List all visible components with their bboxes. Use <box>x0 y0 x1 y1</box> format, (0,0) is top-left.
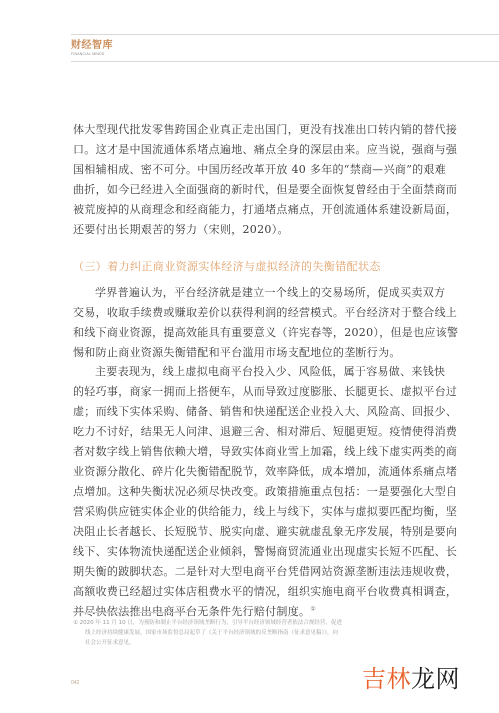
text-line: 期失衡的跛脚状态。二是针对大型电商平台凭借网站资源垄断违法违规收费， <box>73 562 425 582</box>
text-line: 线下、实体物流快递配送企业倾斜，警惕商贸流通业出现虚实长短不匹配、长 <box>73 542 425 562</box>
paragraph-1: 体大型现代批发零售跨国企业真正走出国门，更没有找准出口转内销的替代接 口。这才是… <box>73 120 425 240</box>
text-line: 惕和防止商业资源失衡错配和平台滥用市场支配地位的垄断行为。 <box>73 343 425 363</box>
text-line: 还要付出长期艰苦的努力（宋则，2020）。 <box>73 220 425 240</box>
text-line: 营采购供应链实体企业的供给能力，线上与线下，实体与虚拟要匹配均衡，坚 <box>73 502 425 522</box>
text-line: 曲折，如今已经进入全面强商的新时代，但是要全面恢复曾经由于全面禁商而 <box>73 180 425 200</box>
brand-subtitle: FINANCIAL MINDS <box>71 52 113 57</box>
footnote-line: 社会公开征求意见。 <box>73 638 433 648</box>
footnote: ① 2020 年 11 月 10 日，为预防和制止平台经济领域垄断行为，引导平台… <box>73 618 433 648</box>
text-line: 的轻巧事，商家一拥而上搭便车，从而导致过度膨胀、长腿更长、虚拟平台过 <box>73 382 425 402</box>
text-line: 主要表现为，线上虚拟电商平台投入少、风险低，属于容易做、来钱快 <box>73 362 425 382</box>
footnote-line: ① 2020 年 11 月 10 日，为预防和制止平台经济领域垄断行为，引导平台… <box>73 618 433 628</box>
text-line: 业资源分散化、碎片化失衡错配脱节，效率降低，成本增加，流通体系痛点堵 <box>73 462 425 482</box>
text-line: 高额收费已经超过实体店租费水平的情况，组织实施电商平台收费真相调查， <box>73 582 425 602</box>
text-line: 国相辅相成、密不可分。中国历经改革开放 40 多年的“禁商—兴商”的艰难 <box>73 160 425 180</box>
header-rule-bottom <box>71 61 499 62</box>
watermark-part-2: 龙网 <box>411 665 460 693</box>
brand-title: 财经智库 <box>71 40 113 51</box>
paragraph-2: 学界普遍认为，平台经济就是建立一个线上的交易场所，促成买卖双方 交易，收取手续费… <box>73 283 425 363</box>
header-rule-top <box>71 34 499 35</box>
text-line: 者对数字线上销售依赖大增，导致实体商业雪上加霜，线上线下虚实两类的商 <box>73 442 425 462</box>
watermark-logo: 吉林龙网 <box>362 664 460 694</box>
page-number: 042 <box>71 680 79 686</box>
text-line: 交易，收取手续费或赚取差价以获得利润的经营模式。平台经济对于整合线上 <box>73 303 425 323</box>
header-brand: 财经智库 FINANCIAL MINDS <box>71 40 113 57</box>
footnote-divider <box>73 612 187 613</box>
text-line: 吃力不讨好，结果无人问津、退避三舍、相对滞后、短腿更短。疫情使得消费 <box>73 422 425 442</box>
text-line: 口。这才是中国流通体系堵点遍地、痛点全身的深层由来。应当说，强商与强 <box>73 140 425 160</box>
section-heading-container: （三）着力纠正商业资源实体经济与虚拟经济的失衡错配状态 <box>73 258 425 276</box>
section-heading: （三）着力纠正商业资源实体经济与虚拟经济的失衡错配状态 <box>73 258 425 276</box>
footnote-line: 线上经济持续健康发展，国家市场监督总局起草了《关于平台经济领域的反垄断指南（征求… <box>73 628 433 638</box>
text-line: 学界普遍认为，平台经济就是建立一个线上的交易场所，促成买卖双方 <box>73 283 425 303</box>
text-line: 被荒废掉的从商理念和经商能力，打通堵点痛点，开创流通体系建设新局面， <box>73 200 425 220</box>
text-line: 虚；而线下实体采购、储备、销售和快递配送企业投入大、风险高、回报少、 <box>73 402 425 422</box>
text-line: 体大型现代批发零售跨国企业真正走出国门，更没有找准出口转内销的替代接 <box>73 120 425 140</box>
text-line: 和线下商业资源，提高效能具有重要意义（许宪春等，2020），但是也应该警 <box>73 323 425 343</box>
paragraph-3: 主要表现为，线上虚拟电商平台投入少、风险低，属于容易做、来钱快 的轻巧事，商家一… <box>73 362 425 622</box>
footnote-reference[interactable]: ① <box>310 605 316 612</box>
text-line: 点增加。这种失衡状况必须尽快改变。政策措施重点包括：一是要强化大型自 <box>73 482 425 502</box>
watermark-part-1: 吉林 <box>362 665 411 693</box>
text-line: 决阻止长者越长、长短脱节、脱实向虚、避实就虚乱象无序发展，特别是要向 <box>73 522 425 542</box>
